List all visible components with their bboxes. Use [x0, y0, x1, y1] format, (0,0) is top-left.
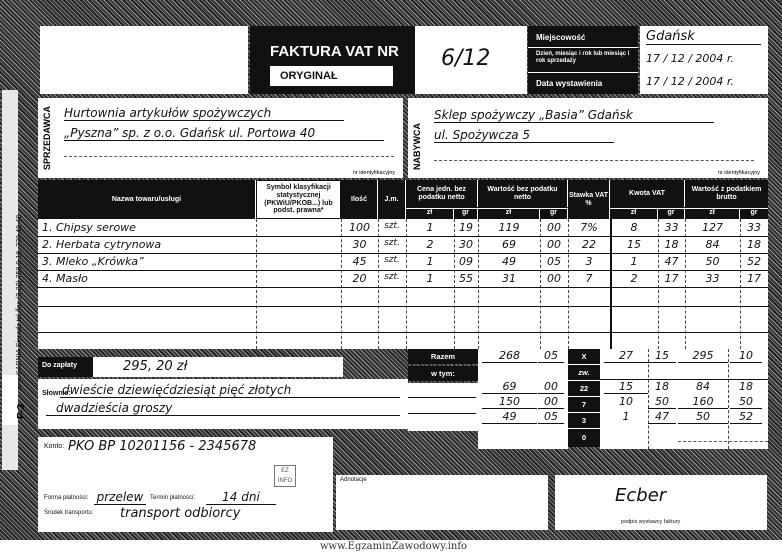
buyer-line2[interactable]: ul. Spożywcza 5: [434, 128, 614, 143]
side-print-text: DRUKARNIA Sieradz tel./fax (0-22) 758 8-…: [16, 215, 23, 390]
col-vat-rate: Stawka VAT %: [568, 180, 610, 219]
sale-date-label: Dzień, miesiąc i rok lub miesiąc i rok s…: [536, 51, 636, 65]
term-label: Termin płatności:: [150, 495, 195, 501]
meta-values: Gdańsk 17 / 12 / 2004 r. 17 / 12 / 2004 …: [640, 26, 768, 94]
invoice-page: DRUKARNIA Sieradz tel./fax (0-22) 758 8-…: [0, 0, 782, 540]
summary-vat-gross: 27 15 295 10 15 18 84 18 10 50 160 50 1 …: [600, 349, 768, 449]
seller-line1[interactable]: Hurtownia artykułów spożywczych: [64, 106, 344, 121]
place-value[interactable]: Gdańsk: [646, 29, 761, 45]
items-table-body: 1. Chipsy serowe 100 szt. 1 19 119 00 7%…: [38, 219, 768, 349]
col-vat-amount: Kwota VAT: [610, 180, 685, 207]
items-table-header: Nazwa towaru/usługi Symbol klasyfikacji …: [38, 180, 768, 219]
seller-nid-label: nr identyfikacyjny: [353, 170, 395, 176]
seller-label: SPRZEDAWCA: [38, 98, 56, 178]
notes-label: Adnotacje: [340, 477, 367, 483]
account-label: Konto:: [44, 443, 64, 450]
method-value[interactable]: przelew: [94, 490, 146, 505]
col-unit-price: Cena jedn. bez podatku netto: [406, 180, 478, 207]
meta-labels: Miejscowość Dzień, miesiąc i rok lub mie…: [528, 26, 638, 94]
signature-label: podpis wystawcy faktury: [621, 519, 680, 525]
seller-line2[interactable]: „Pyszna” sp. z o.o. Gdańsk ul. Portowa 4…: [64, 126, 384, 141]
watermark: www.EgzaminZawodowy.info: [320, 541, 467, 552]
buyer-box: NABYWCA Sklep spożywczy „Basia” Gdańsk u…: [408, 98, 768, 178]
issue-date-label: Data wystawienia: [536, 79, 602, 88]
method-label: Forma płatności:: [44, 495, 88, 501]
signature-value: Ecber: [615, 485, 666, 506]
payment-details-box: Konto: PKO BP 10201156 - 2345678 EZ INFO…: [38, 437, 333, 532]
copy-label: ORYGINAŁ: [270, 66, 393, 86]
invoice-number: 6/12: [441, 46, 490, 71]
table-row-empty[interactable]: [38, 317, 768, 333]
words-line2[interactable]: dwadzieścia groszy: [46, 401, 400, 416]
table-row[interactable]: 2. Herbata cytrynowa 30 szt. 2 30 69 00 …: [38, 238, 768, 254]
buyer-nid-label: nr identyfikacyjny: [718, 170, 760, 176]
transport-value[interactable]: transport odbiorcy: [120, 506, 240, 521]
term-value[interactable]: 14 dni: [206, 490, 276, 505]
summary-rates: X zw. 22 7 3 0: [568, 349, 600, 449]
buyer-line1[interactable]: Sklep spożywczy „Basia” Gdańsk: [434, 108, 714, 123]
table-row[interactable]: 3. Mleko „Krówka” 45 szt. 1 09 49 05 3 1…: [38, 255, 768, 271]
table-row[interactable]: 4. Masło 20 szt. 1 55 31 00 7 2 17 33 17: [38, 272, 768, 288]
col-unit: J.m.: [378, 180, 406, 219]
summary-net: 268 05 69 00 150 00 49 05: [478, 349, 568, 449]
words-line1[interactable]: dwieście dziewięćdziesiąt pięć złotych: [60, 383, 400, 398]
amount-due-value[interactable]: 295, 20 zł: [93, 357, 343, 377]
form-code: F-3: [2, 375, 18, 425]
col-qty: Ilość: [341, 180, 378, 219]
issue-date-value[interactable]: 17 / 12 / 2004 r.: [646, 75, 734, 88]
summary-blank: [408, 383, 478, 431]
place-label: Miejscowość: [536, 33, 585, 42]
amount-in-words: Słownie: dwieście dziewięćdziesiąt pięć …: [38, 379, 408, 429]
col-name: Nazwa towaru/usługi: [38, 180, 256, 219]
amount-due-label: Do zapłaty: [38, 357, 93, 377]
transport-label: Środek transportu:: [44, 510, 93, 516]
logo-area: [40, 26, 248, 94]
invoice-number-field[interactable]: 6/12: [415, 26, 527, 94]
signature-box[interactable]: Ecber podpis wystawcy faktury: [555, 475, 767, 530]
account-value[interactable]: PKO BP 10201156 - 2345678: [68, 439, 256, 454]
col-net-value: Wartość bez podatku netto: [478, 180, 568, 207]
buyer-label: NABYWCA: [408, 98, 426, 178]
total-label: Razem: [408, 349, 478, 364]
table-row[interactable]: 1. Chipsy serowe 100 szt. 1 19 119 00 7%…: [38, 221, 768, 237]
including-label: w tym:: [408, 366, 478, 381]
seller-box: SPRZEDAWCA Hurtownia artykułów spożywczy…: [38, 98, 403, 178]
invoice-title-block: FAKTURA VAT NR ORYGINAŁ: [250, 26, 415, 94]
sale-date-value[interactable]: 17 / 12 / 2004 r.: [646, 52, 734, 65]
amount-due-row: Do zapłaty 295, 20 zł: [38, 357, 408, 377]
ez-info-stamp: EZ INFO: [274, 465, 296, 487]
col-symbol: Symbol klasyfikacji statystycznej (PKWiU…: [256, 180, 341, 219]
invoice-title: FAKTURA VAT NR: [270, 43, 399, 60]
table-row-empty[interactable]: [38, 291, 768, 307]
notes-box[interactable]: Adnotacje: [336, 475, 548, 530]
col-gross-value: Wartość z podatkiem brutto: [685, 180, 768, 207]
